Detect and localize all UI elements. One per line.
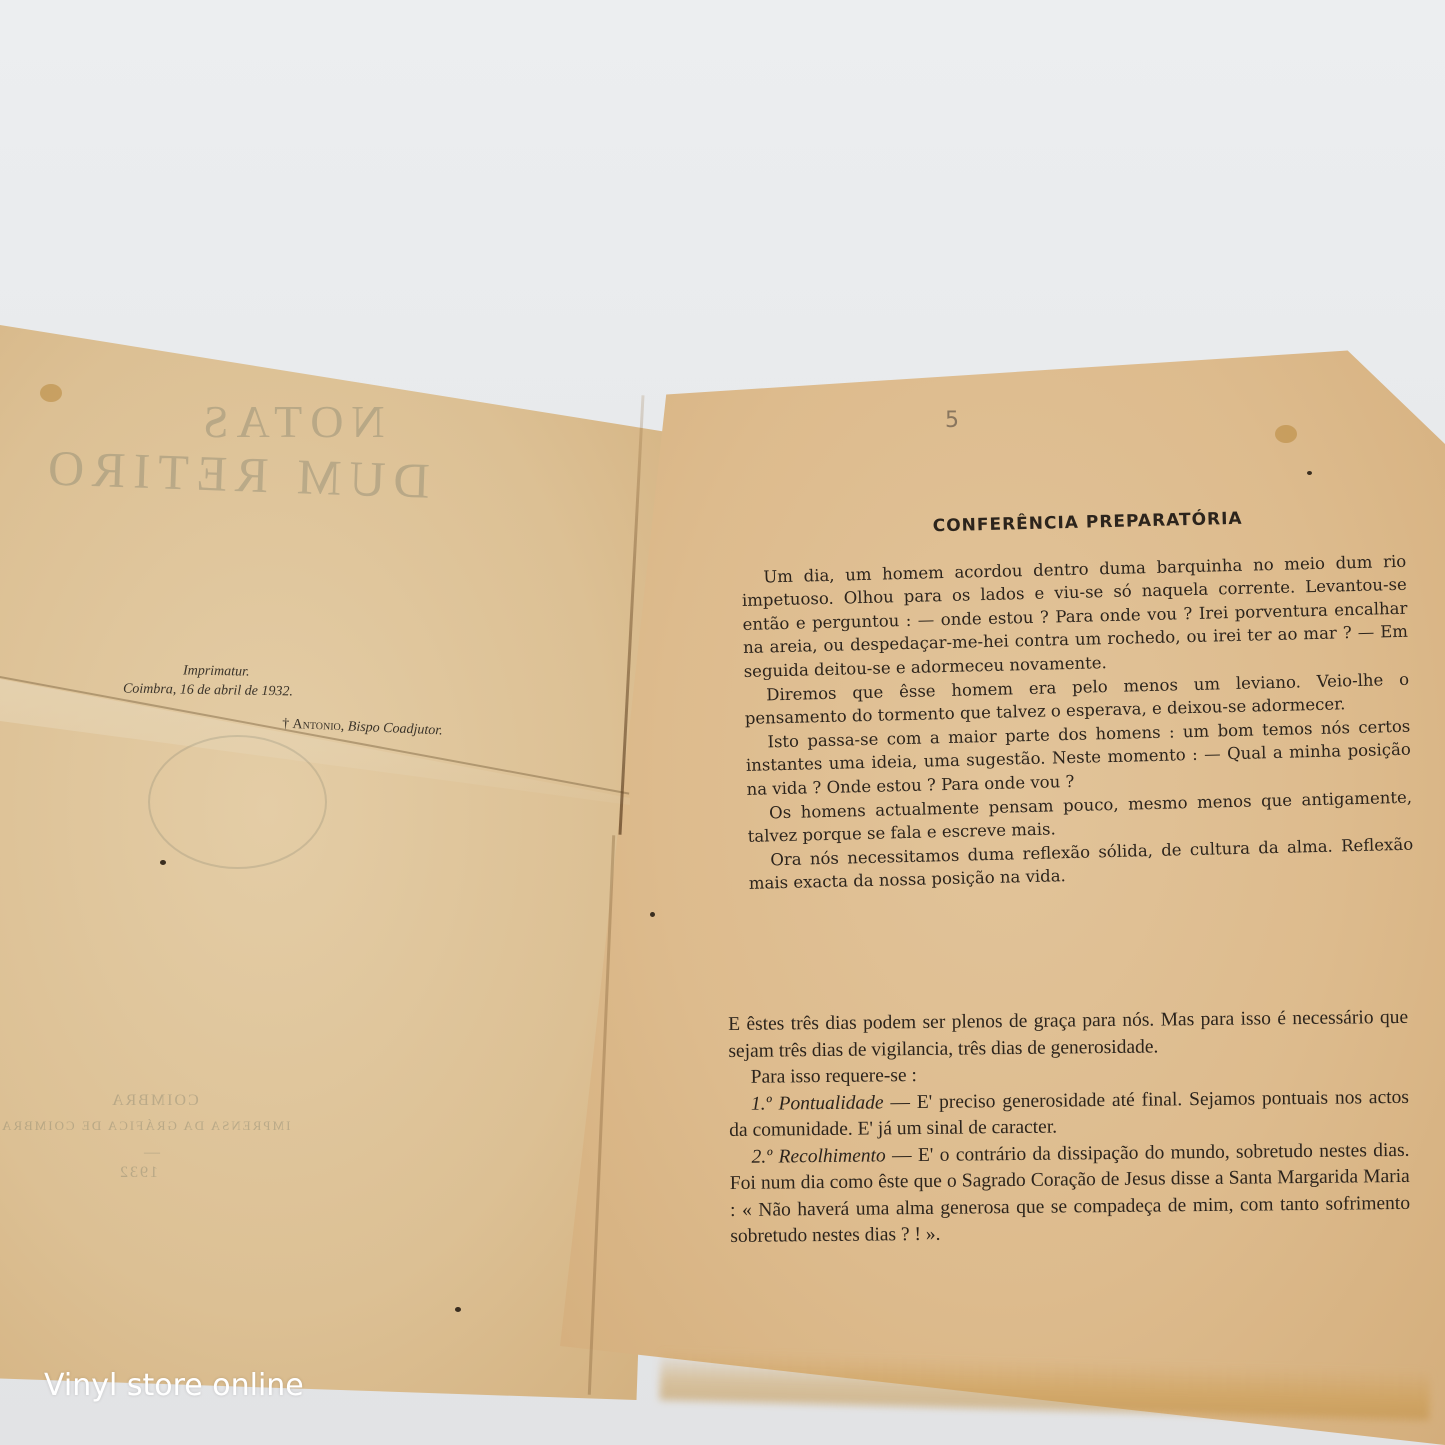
handwritten-page-number: 5 — [945, 408, 959, 433]
imprimatur-label: Imprimatur. — [183, 663, 250, 680]
cross-icon: † — [282, 717, 290, 732]
imprimatur-place-date: Coimbra, 16 de abril de 1932. — [123, 682, 293, 701]
stain — [40, 384, 62, 402]
stain — [1275, 425, 1297, 443]
list-item-recolhimento: 2.º Recolhimento — E' o contrário da dis… — [729, 1137, 1410, 1250]
speck — [160, 860, 166, 865]
item-heading: Pontualidade — [778, 1092, 883, 1114]
bleed-through-city: COIMBRA — [110, 1092, 199, 1110]
list-item-pontualidade: 1.º Pontualidade — E' preciso generosida… — [729, 1084, 1410, 1144]
signature-name: Antonio, — [292, 717, 344, 734]
watermark-text: Vinyl store online — [44, 1368, 304, 1403]
chapter-body-lower: E êstes três dias podem ser plenos de gr… — [728, 1005, 1410, 1251]
bleed-through-dash: — — [142, 1144, 160, 1162]
item-number: 2.º — [751, 1146, 772, 1167]
speck — [1307, 471, 1312, 475]
speck — [455, 1307, 461, 1312]
paragraph: E êstes três dias podem ser plenos de gr… — [728, 1005, 1409, 1065]
bleed-through-title-line1: NOTAS — [195, 395, 385, 448]
bleed-through-printer: IMPRENSA DA GRÁFICA DE COIMBRA — [0, 1118, 290, 1134]
chapter-body-upper: CONFERÊNCIA PREPARATÓRIA Um dia, um home… — [740, 504, 1414, 896]
speck — [650, 912, 655, 917]
item-number: 1.º — [751, 1093, 772, 1114]
item-heading: Recolhimento — [778, 1145, 885, 1167]
signature-title: Bispo Coadjutor. — [347, 719, 442, 738]
bleed-through-year: 1932 — [118, 1164, 158, 1182]
paragraph: Um dia, um homem acordou dentro duma bar… — [741, 549, 1409, 683]
ecclesiastical-seal-stamp — [148, 735, 327, 869]
